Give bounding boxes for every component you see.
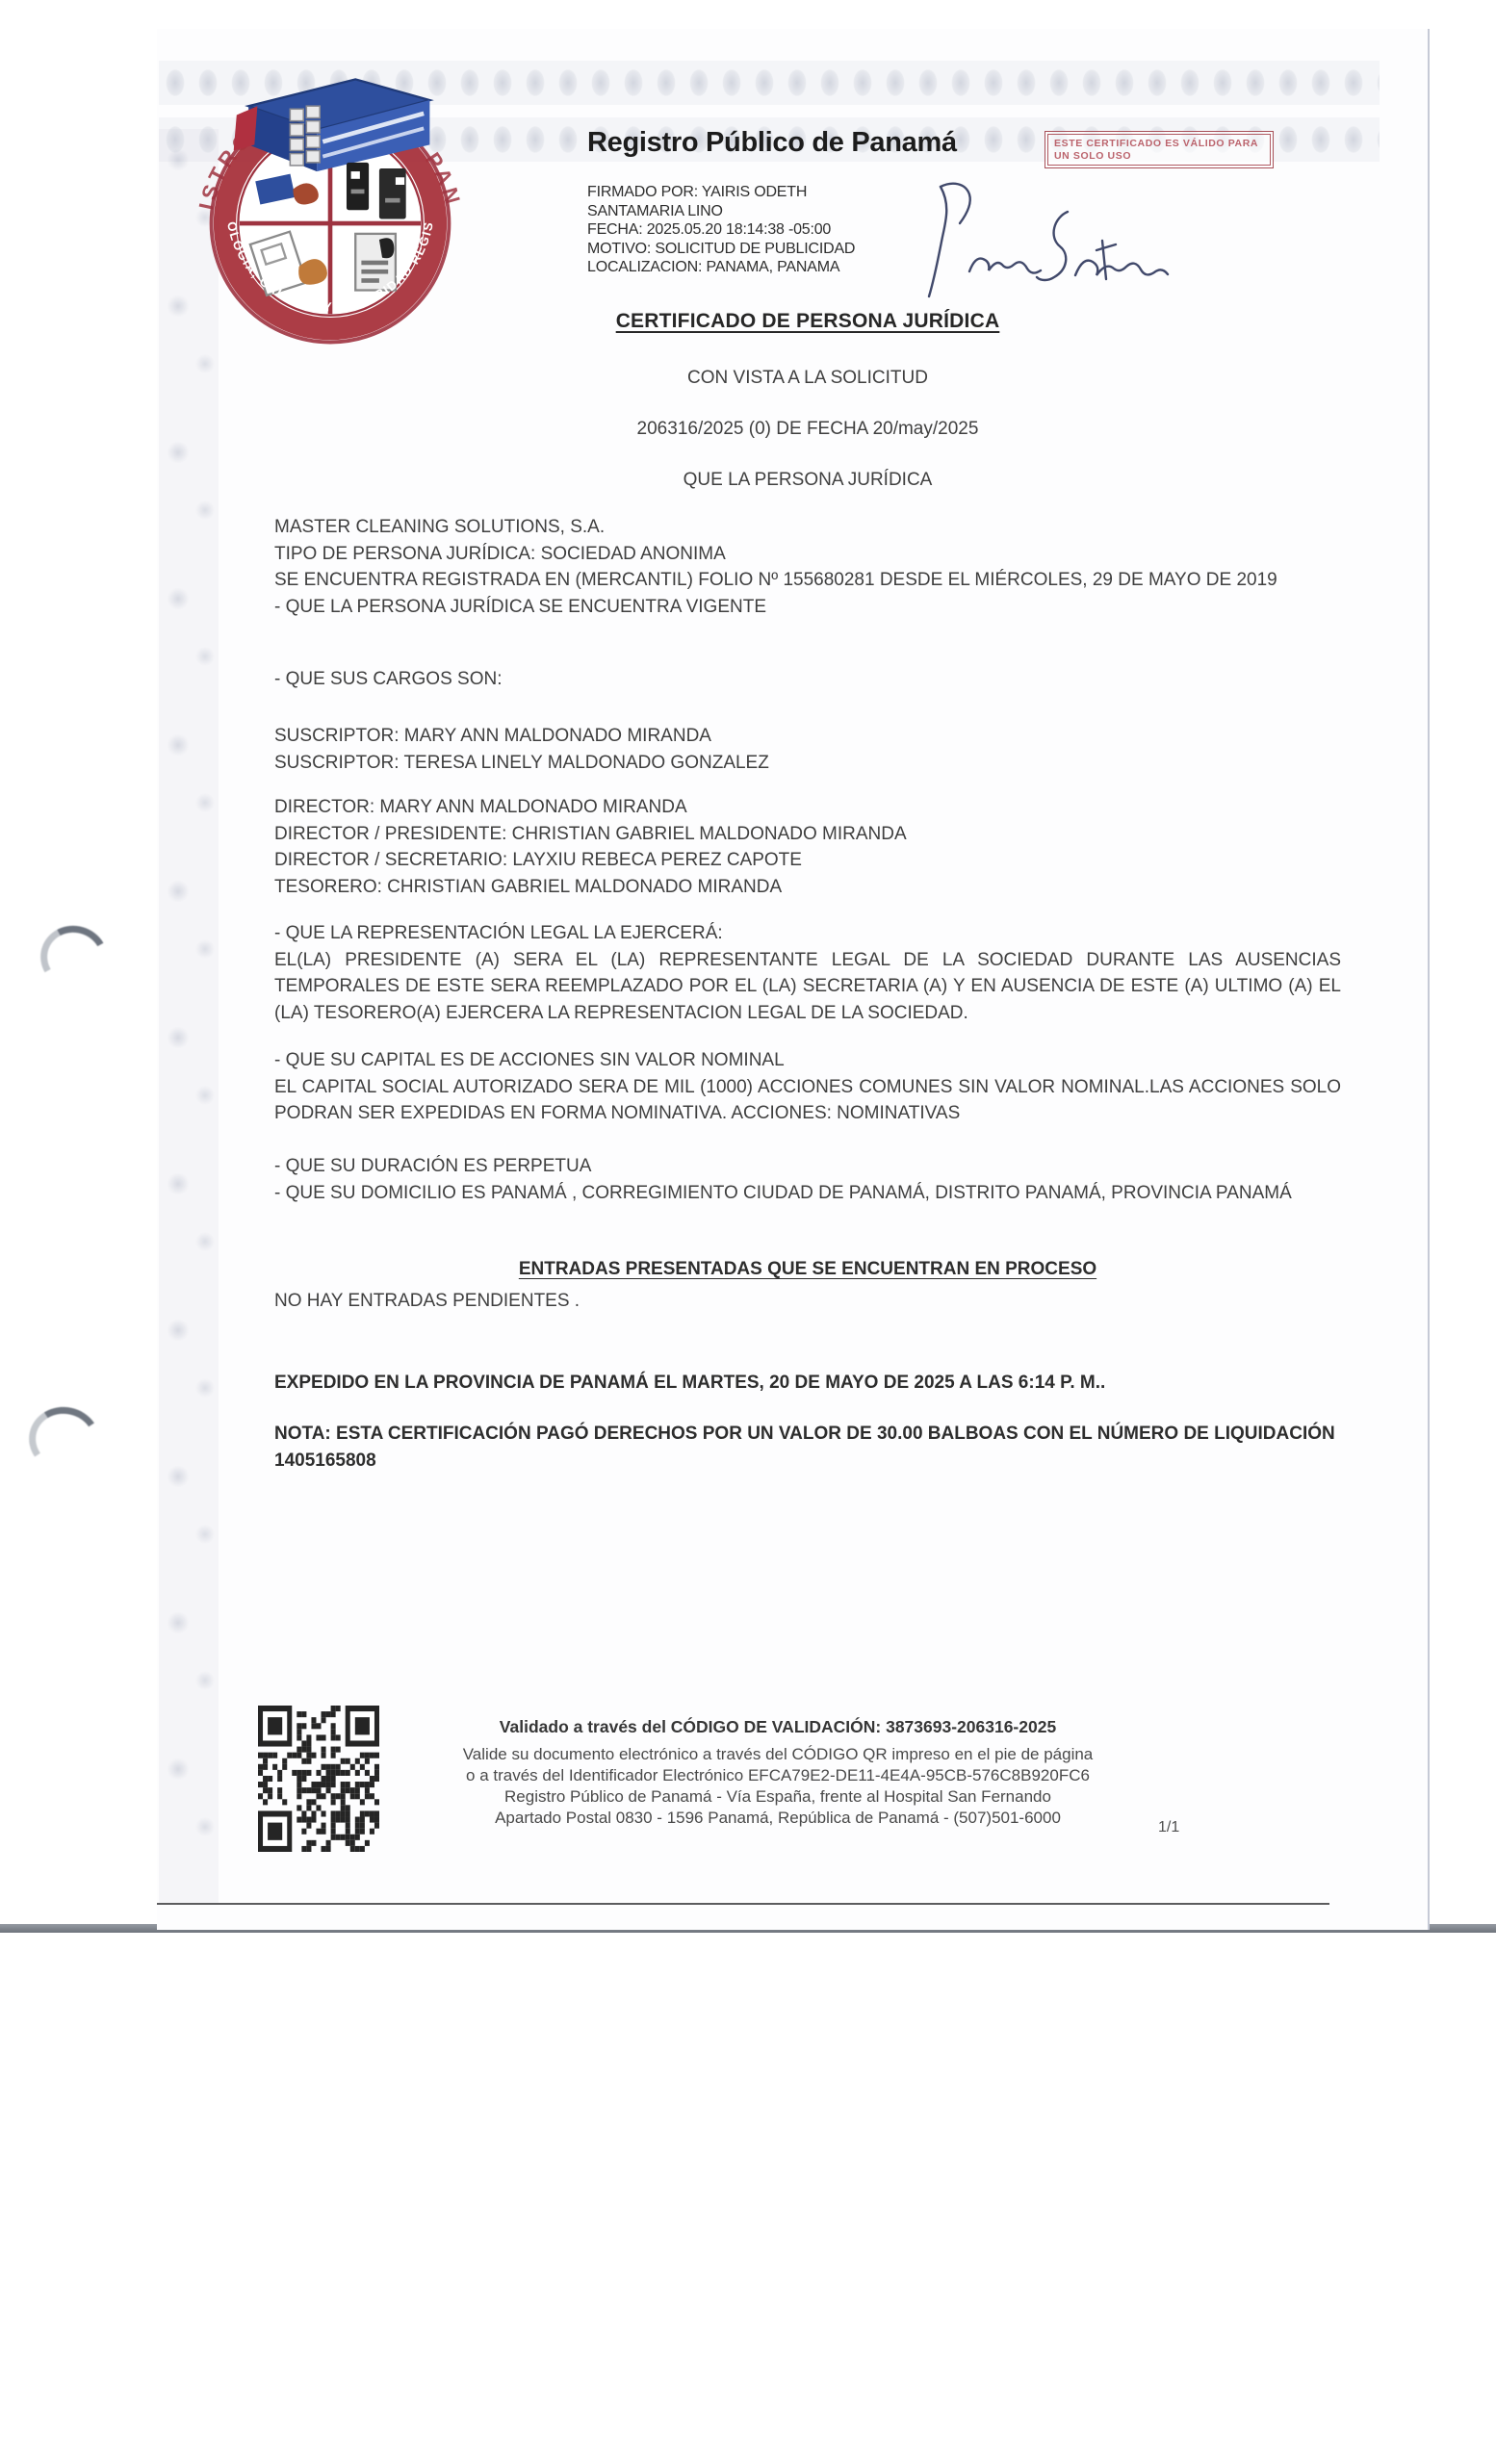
document-sheet: REGISTRO PUBLICO DE PANAMA [157, 29, 1430, 1930]
certificate-subtitle-3: QUE LA PERSONA JURÍDICA [274, 467, 1341, 494]
suscriptores-list: SUSCRIPTOR: MARY ANN MALDONADO MIRANDA S… [274, 723, 1341, 776]
signed-by-line-2: SANTAMARIA LINO [587, 202, 855, 221]
suscriptor-row: SUSCRIPTOR: TERESA LINELY MALDONADO GONZ… [274, 750, 1341, 777]
duracion-line: - QUE SU DURACIÓN ES PERPETUA [274, 1153, 1341, 1180]
certificate-heading: CERTIFICADO DE PERSONA JURÍDICA [274, 310, 1341, 333]
entradas-heading-wrap: ENTRADAS PRESENTADAS QUE SE ENCUENTRAN E… [274, 1259, 1341, 1280]
certificate-title: CERTIFICADO DE PERSONA JURÍDICA [616, 310, 1000, 332]
directores-list: DIRECTOR: MARY ANN MALDONADO MIRANDA DIR… [274, 794, 1341, 900]
director-row: TESORERO: CHRISTIAN GABRIEL MALDONADO MI… [274, 874, 1341, 901]
certificate-subtitle-1: CON VISTA A LA SOLICITUD [274, 365, 1341, 392]
company-facts: MASTER CLEANING SOLUTIONS, S.A. TIPO DE … [274, 514, 1341, 620]
validation-footer: Validado a través del CÓDIGO DE VALIDACI… [374, 1717, 1182, 1829]
suscriptor-row: SUSCRIPTOR: MARY ANN MALDONADO MIRANDA [274, 723, 1341, 750]
certificate-subtitle-2: 206316/2025 (0) DE FECHA 20/may/2025 [274, 416, 1341, 443]
scan-artifact-left-strip [159, 129, 219, 1905]
punch-hole-mark-top [33, 918, 115, 998]
footer-line: Registro Público de Panamá - Vía España,… [374, 1786, 1182, 1808]
representacion-header: - QUE LA REPRESENTACIÓN LEGAL LA EJERCER… [274, 920, 1341, 947]
scanned-certificate-page: { "page": { "handwritten_number": "170",… [0, 0, 1496, 2464]
capital-section: - QUE SU CAPITAL ES DE ACCIONES SIN VALO… [274, 1047, 1341, 1127]
company-name: MASTER CLEANING SOLUTIONS, S.A. [274, 514, 1341, 541]
stamp-line-2: UN SOLO USO [1054, 150, 1264, 163]
validation-code-line: Validado a través del CÓDIGO DE VALIDACI… [374, 1717, 1182, 1737]
signature-date-line: FECHA: 2025.05.20 18:14:38 -05:00 [587, 220, 855, 240]
institution-title: Registro Público de Panamá [587, 127, 957, 159]
signed-by-line-1: FIRMADO POR: YAIRIS ODETH [587, 183, 855, 202]
company-type: TIPO DE PERSONA JURÍDICA: SOCIEDAD ANONI… [274, 541, 1341, 568]
signature-location-line: LOCALIZACION: PANAMA, PANAMA [587, 258, 855, 277]
director-row: DIRECTOR: MARY ANN MALDONADO MIRANDA [274, 794, 1341, 821]
page-bottom-rule [157, 1903, 1329, 1905]
footer-line: Apartado Postal 0830 - 1596 Panamá, Repú… [374, 1808, 1182, 1829]
footer-line: Valide su documento electrónico a través… [374, 1744, 1182, 1765]
page-indicator: 1/1 [1158, 1819, 1179, 1836]
representacion-body: EL(LA) PRESIDENTE (A) SERA EL (LA) REPRE… [274, 947, 1341, 1027]
cargos-header: - QUE SUS CARGOS SON: [274, 666, 1341, 693]
registro-publico-seal: REGISTRO PUBLICO DE PANAMA [174, 35, 486, 354]
qr-code [258, 1706, 379, 1852]
capital-header: - QUE SU CAPITAL ES DE ACCIONES SIN VALO… [274, 1047, 1341, 1074]
director-row: DIRECTOR / PRESIDENTE: CHRISTIAN GABRIEL… [274, 821, 1341, 848]
duracion-domicilio-section: - QUE SU DURACIÓN ES PERPETUA - QUE SU D… [274, 1153, 1341, 1206]
nota-line: NOTA: ESTA CERTIFICACIÓN PAGÓ DERECHOS P… [274, 1421, 1341, 1474]
domicilio-line: - QUE SU DOMICILIO ES PANAMÁ , CORREGIMI… [274, 1180, 1341, 1207]
seal-graphic: REGISTRO PUBLICO DE PANAMA [174, 35, 486, 354]
entradas-body: NO HAY ENTRADAS PENDIENTES . [274, 1288, 1341, 1315]
capital-body: EL CAPITAL SOCIAL AUTORIZADO SERA DE MIL… [274, 1074, 1341, 1127]
punch-hole-mark-bottom [23, 1400, 107, 1479]
handwritten-signature [914, 179, 1175, 312]
stamp-line-1: ESTE CERTIFICADO ES VÁLIDO PARA [1054, 138, 1264, 150]
director-row: DIRECTOR / SECRETARIO: LAYXIU REBECA PER… [274, 847, 1341, 874]
entradas-title: ENTRADAS PRESENTADAS QUE SE ENCUENTRAN E… [519, 1259, 1096, 1279]
company-registration: SE ENCUENTRA REGISTRADA EN (MERCANTIL) F… [274, 567, 1341, 594]
company-status: - QUE LA PERSONA JURÍDICA SE ENCUENTRA V… [274, 594, 1341, 621]
representacion-section: - QUE LA REPRESENTACIÓN LEGAL LA EJERCER… [274, 920, 1341, 1026]
expedido-line: EXPEDIDO EN LA PROVINCIA DE PANAMÁ EL MA… [274, 1370, 1341, 1397]
signature-motive-line: MOTIVO: SOLICITUD DE PUBLICIDAD [587, 240, 855, 259]
footer-line: o a través del Identificador Electrónico… [374, 1765, 1182, 1786]
digital-signature-block: FIRMADO POR: YAIRIS ODETH SANTAMARIA LIN… [587, 183, 855, 277]
single-use-stamp: ESTE CERTIFICADO ES VÁLIDO PARA UN SOLO … [1045, 131, 1274, 168]
